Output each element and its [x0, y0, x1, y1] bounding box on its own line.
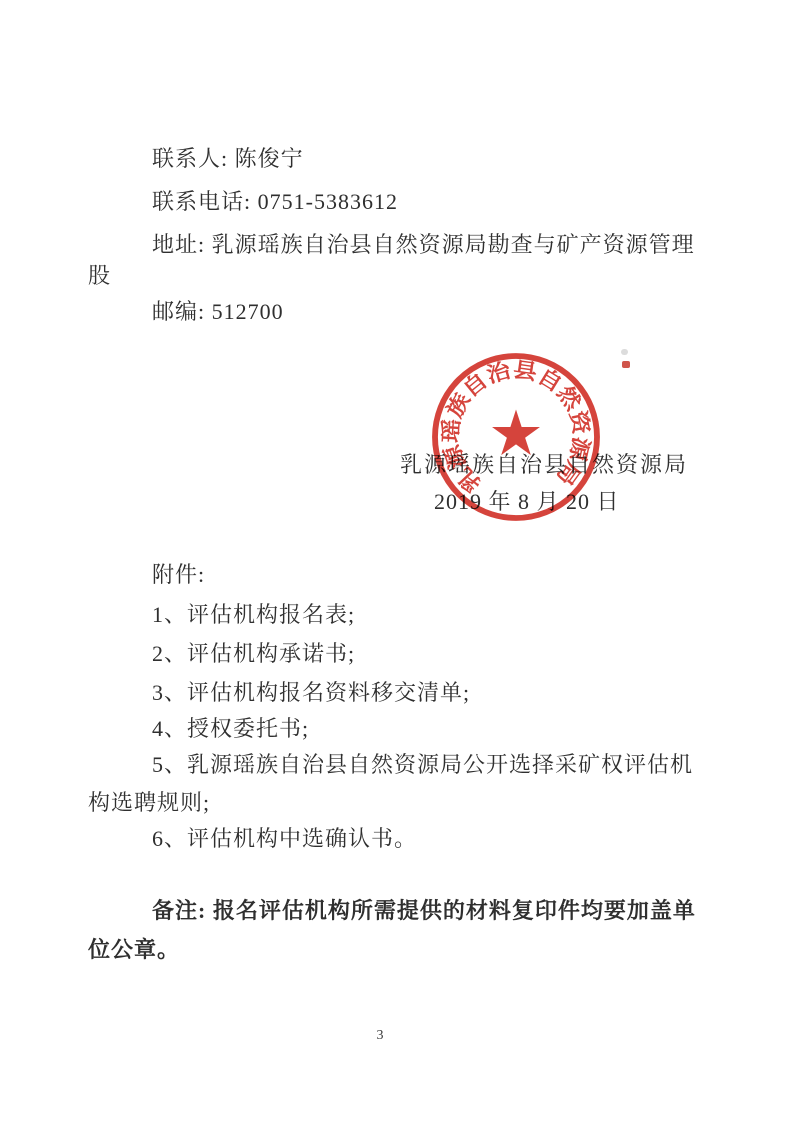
- note-line: 备注: 报名评估机构所需提供的材料复印件均要加盖单: [152, 898, 696, 924]
- attachment-item: 4、授权委托书;: [152, 716, 309, 742]
- attachments-heading: 附件:: [152, 562, 205, 588]
- issue-date: 2019 年 8 月 20 日: [434, 489, 620, 515]
- page-number: 3: [368, 1028, 392, 1044]
- address-line-continued: 股: [88, 263, 111, 289]
- contact-person-line: 联系人: 陈俊宁: [152, 146, 304, 172]
- issuer-name: 乳源瑶族自治县自然资源局: [400, 452, 688, 478]
- attachment-item: 3、评估机构报名资料移交清单;: [152, 680, 470, 706]
- scan-smudge: [621, 349, 628, 355]
- address-line: 地址: 乳源瑶族自治县自然资源局勘查与矿产资源管理: [152, 232, 695, 258]
- star-icon: [492, 410, 540, 456]
- note-line-continued: 位公章。: [88, 937, 180, 963]
- document-page: 联系人: 陈俊宁 联系电话: 0751-5383612 地址: 乳源瑶族自治县自…: [0, 0, 800, 1131]
- attachment-item-continued: 构选聘规则;: [88, 790, 210, 816]
- attachment-item: 6、评估机构中选确认书。: [152, 826, 417, 852]
- attachment-item: 1、评估机构报名表;: [152, 602, 355, 628]
- contact-phone-line: 联系电话: 0751-5383612: [152, 189, 398, 215]
- attachment-item: 5、乳源瑶族自治县自然资源局公开选择采矿权评估机: [152, 752, 693, 778]
- postcode-line: 邮编: 512700: [152, 299, 284, 325]
- attachment-item: 2、评估机构承诺书;: [152, 641, 355, 667]
- ink-speck: [622, 361, 630, 368]
